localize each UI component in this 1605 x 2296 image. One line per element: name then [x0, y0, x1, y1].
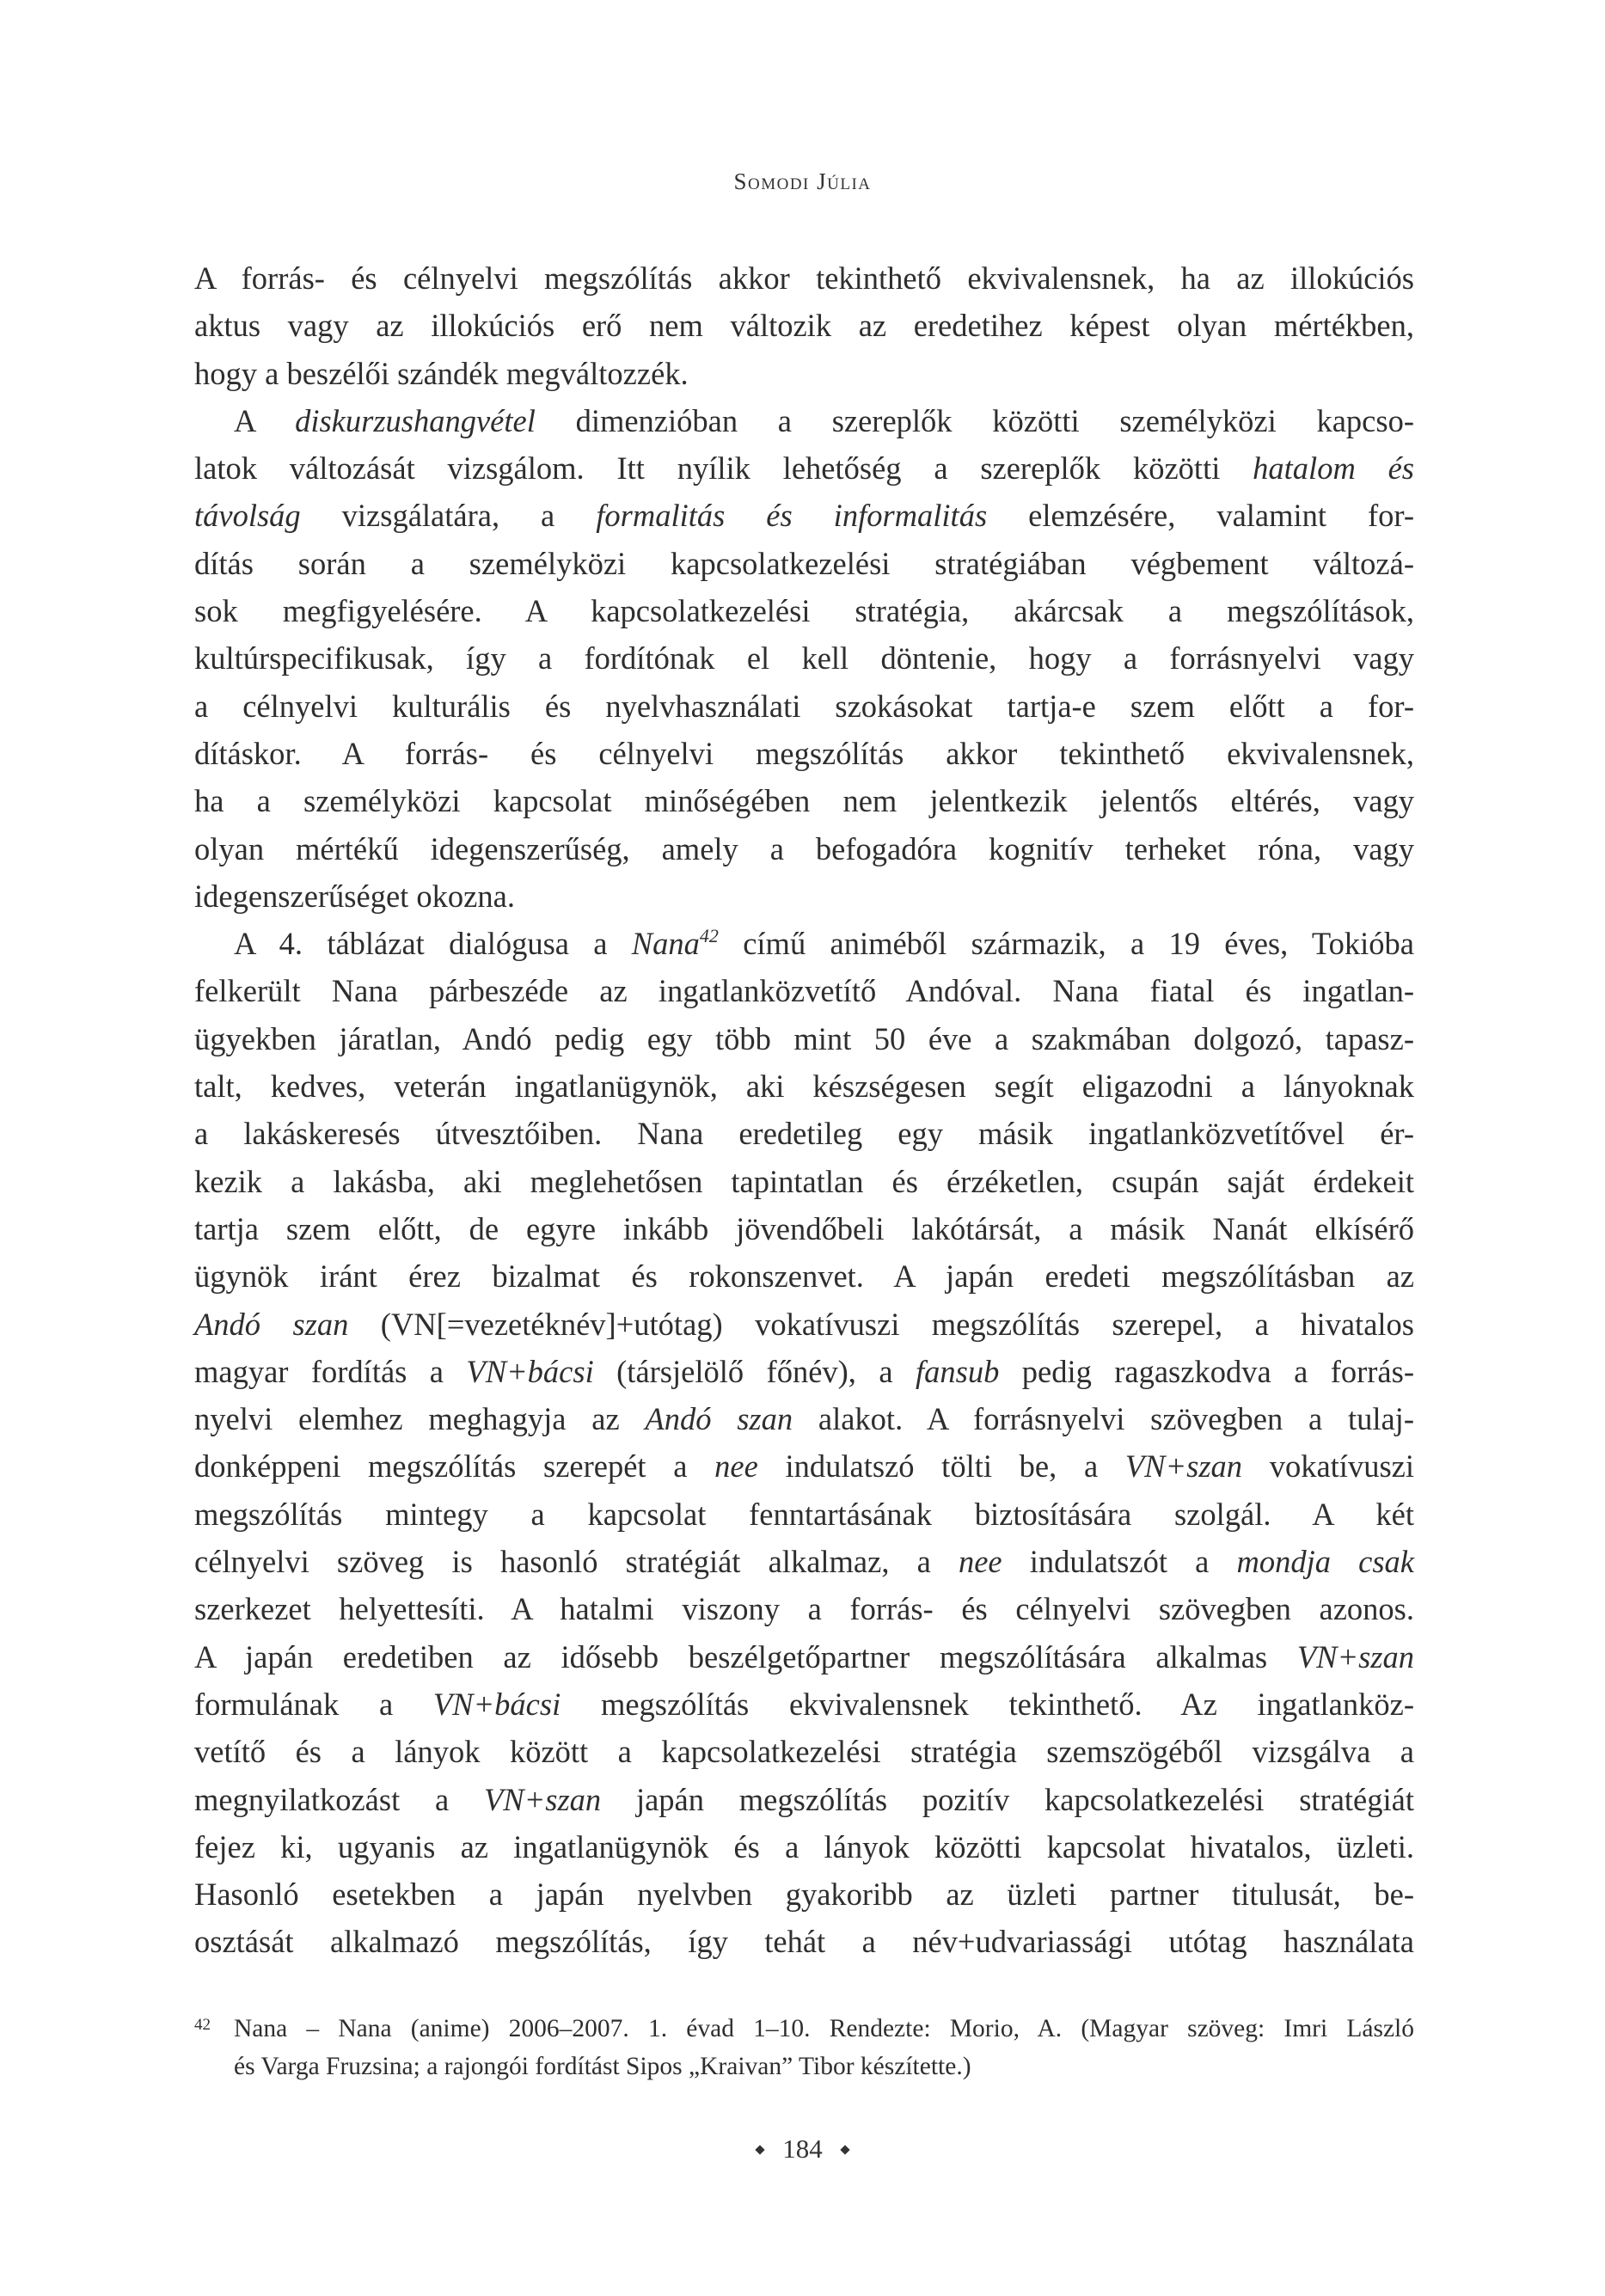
text-line: megnyilatkozást a VN+szan japán megszólí… [194, 1776, 1414, 1823]
text-line: A forrás- és célnyelvi megszólítás akkor… [194, 254, 1414, 302]
footnote-line: Nana – Nana (anime) 2006–2007. 1. évad 1… [234, 2010, 1414, 2048]
text-line: kultúrspecifikusak, így a fordítónak el … [194, 634, 1414, 682]
text-line: idegenszerűséget okozna. [194, 872, 1414, 920]
text-line: olyan mértékű idegenszerűség, amely a be… [194, 825, 1414, 872]
italic-term: VN+bácsi [466, 1354, 593, 1389]
text-line: a lakáskeresés útvesztőiben. Nana eredet… [194, 1110, 1414, 1157]
text-line: nyelvi elemhez meghagyja az Andó szan al… [194, 1395, 1414, 1442]
text-line: latok változását vizsgálom. Itt nyílik l… [194, 444, 1414, 492]
text-line: felkerült Nana párbeszéde az ingatlanköz… [194, 967, 1414, 1014]
body-text: A forrás- és célnyelvi megszólítás akkor… [194, 254, 1414, 1966]
text-line: Hasonló esetekben a japán nyelvben gyako… [194, 1870, 1414, 1918]
text-line: a célnyelvi kulturális és nyelvhasználat… [194, 683, 1414, 730]
italic-term: diskurzushangvétel [295, 403, 536, 438]
text-line: szerkezet helyettesíti. A hatalmi viszon… [194, 1585, 1414, 1632]
italic-term: távolság [194, 498, 301, 533]
italic-term: Andó szan [194, 1307, 348, 1342]
text-line: sok megfigyelésére. A kapcsolatkezelési … [194, 587, 1414, 634]
text-line: hogy a beszélői szándék megváltozzék. [194, 350, 1414, 397]
text-line: ügyekben járatlan, Andó pedig egy több m… [194, 1015, 1414, 1062]
text-line: ha a személyközi kapcsolat minőségében n… [194, 777, 1414, 824]
paragraph-3: A 4. táblázat dialógusa a Nana42 című an… [194, 920, 1414, 1966]
text-line: dítás során a személyközi kapcsolatkezel… [194, 540, 1414, 587]
italic-term: Andó szan [645, 1401, 793, 1436]
italic-term: hatalom és [1253, 450, 1414, 486]
italic-term: VN+szan [1125, 1448, 1242, 1484]
diamond-bullet-icon [840, 2145, 849, 2154]
text-line: magyar fordítás a VN+bácsi (társjelölő f… [194, 1348, 1414, 1395]
text-line: fejez ki, ugyanis az ingatlanügynök és a… [194, 1823, 1414, 1870]
italic-term: VN+bácsi [433, 1687, 561, 1722]
text-line: kezik a lakásba, aki meglehetősen tapint… [194, 1158, 1414, 1205]
italic-term: nee [959, 1544, 1002, 1579]
italic-term: fansub [916, 1354, 999, 1389]
footnote-reference[interactable]: 42 [700, 925, 719, 946]
footnote-number: 42 [194, 2006, 211, 2044]
text-line: A diskurzushangvétel dimenzióban a szere… [194, 397, 1414, 444]
paragraph-1: A forrás- és célnyelvi megszólítás akkor… [194, 254, 1414, 397]
page-number: 184 [0, 2134, 1605, 2164]
text-line: talt, kedves, veterán ingatlanügynök, ak… [194, 1062, 1414, 1110]
text-line: dításkor. A forrás- és célnyelvi megszól… [194, 730, 1414, 777]
page-number-value: 184 [782, 2134, 823, 2164]
italic-term: mondja csak [1236, 1544, 1414, 1579]
text-line: aktus vagy az illokúciós erő nem változi… [194, 302, 1414, 349]
text-line: formulának a VN+bácsi megszólítás ekviva… [194, 1681, 1414, 1728]
text-line: vetítő és a lányok között a kapcsolatkez… [194, 1728, 1414, 1775]
text-line: tartja szem előtt, de egyre inkább jöven… [194, 1205, 1414, 1252]
footnote-line: és Varga Fruzsina; a rajongói fordítást … [234, 2048, 1414, 2085]
italic-term: VN+szan [484, 1782, 601, 1817]
text-line: osztását alkalmazó megszólítás, így tehá… [194, 1918, 1414, 1965]
running-head-author: Somodi Júlia [0, 168, 1605, 195]
diamond-bullet-icon [756, 2145, 765, 2154]
italic-term: nee [714, 1448, 758, 1484]
text-line: Andó szan (VN[=vezetéknév]+utótag) vokat… [194, 1301, 1414, 1348]
paragraph-2: A diskurzushangvétel dimenzióban a szere… [194, 397, 1414, 920]
italic-term: formalitás és informalitás [596, 498, 987, 533]
footnote-42: 42 Nana – Nana (anime) 2006–2007. 1. éva… [194, 2010, 1414, 2085]
italic-term: VN+szan [1297, 1639, 1414, 1675]
text-line: célnyelvi szöveg is hasonló stratégiát a… [194, 1538, 1414, 1585]
text-line: megszólítás mintegy a kapcsolat fenntart… [194, 1491, 1414, 1538]
text-line: A 4. táblázat dialógusa a Nana42 című an… [194, 920, 1414, 967]
text-line: A japán eredetiben az idősebb beszélgető… [194, 1633, 1414, 1681]
text-line: ügynök iránt érez bizalmat és rokonszenv… [194, 1252, 1414, 1300]
italic-title: Nana [632, 926, 700, 961]
text-line: távolság vizsgálatára, a formalitás és i… [194, 492, 1414, 539]
text-line: donképpeni megszólítás szerepét a nee in… [194, 1442, 1414, 1490]
document-page: Somodi Júlia A forrás- és célnyelvi megs… [0, 0, 1605, 2296]
